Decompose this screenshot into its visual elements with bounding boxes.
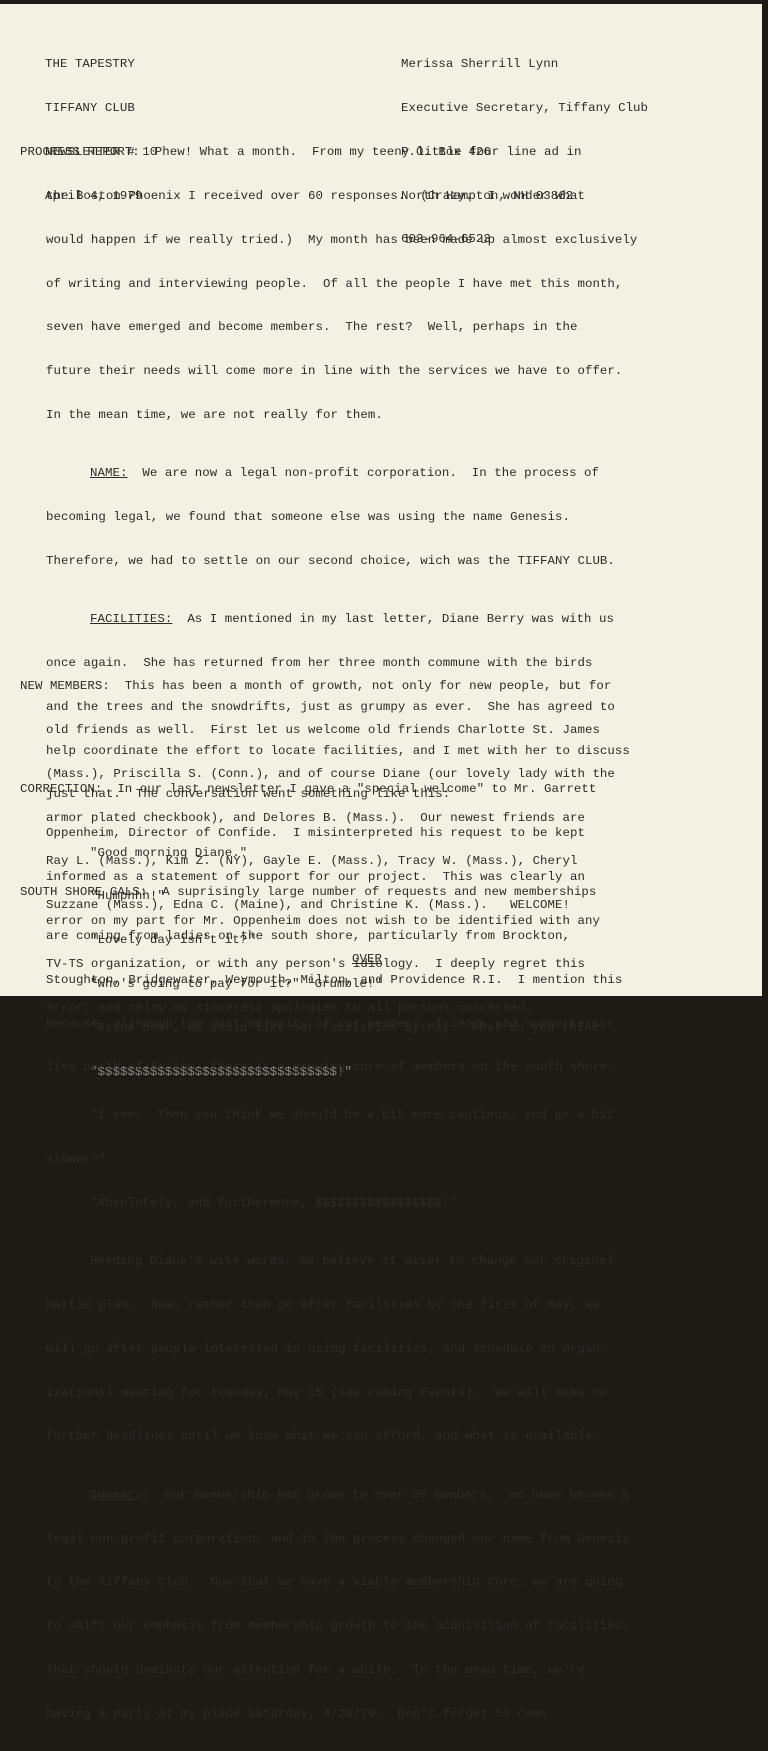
paragraph-line: Therefore, we had to settle on our secon…: [20, 554, 637, 569]
section-heading: NEW MEMBERS:: [20, 679, 110, 693]
section-heading: SOUTH SHORE GALS:: [20, 885, 147, 899]
paragraph-line: A suprisingly large number of requests a…: [147, 885, 596, 899]
south-shore-section: SOUTH SHORE GALS: A suprisingly large nu…: [20, 856, 622, 1000]
section-heading: PROGRESS REPORT:: [20, 145, 140, 159]
paragraph-line: of writing and interviewing people. Of a…: [20, 277, 637, 292]
paragraph-line: In the mean time, we are not really for …: [20, 408, 637, 423]
newsletter-page: THE TAPESTRY TIFFANY CLUB NEWSLETTER # 1…: [0, 4, 762, 996]
paragraph-line: becoming legal, we found that someone el…: [20, 510, 637, 525]
paragraph-line: We are now a legal non-profit corporatio…: [127, 466, 599, 480]
paragraph-line: In our last newsletter I gave a "special…: [102, 782, 596, 796]
sender-name: Merissa Sherrill Lynn: [401, 57, 648, 72]
publication-title: THE TAPESTRY: [45, 57, 157, 72]
over-page-indicator: OVER: [352, 952, 382, 967]
paragraph-line: Oppenheim, Director of Confide. I misint…: [20, 826, 600, 841]
sender-title: Executive Secretary, Tiffany Club: [401, 101, 648, 116]
paragraph-line: Stoughton, Bridgewater, Weymouth, Milton…: [20, 973, 622, 988]
paragraph-line: future their needs will come more in lin…: [20, 364, 637, 379]
section-heading: CORRECTION:: [20, 782, 102, 796]
subheading-name: NAME:: [90, 466, 127, 480]
paragraph-line: are coming from ladies on the south shor…: [20, 929, 622, 944]
paragraph-line: the Boston Phoenix I received over 60 re…: [20, 189, 637, 204]
paragraph-line: seven have emerged and become members. T…: [20, 320, 637, 335]
paragraph-line: Phew! What a month. From my teeny little…: [140, 145, 582, 159]
paragraph-line: This has been a month of growth, not onl…: [110, 679, 612, 693]
paragraph-line: would happen if we really tried.) My mon…: [20, 233, 637, 248]
scan-edge: [762, 0, 768, 1000]
paragraph-line: old friends as well. First let us welcom…: [20, 723, 615, 738]
paragraph-line: As I mentioned in my last letter, Diane …: [172, 612, 614, 626]
subheading-facilities: FACILITIES:: [90, 612, 172, 626]
club-name: TIFFANY CLUB: [45, 101, 157, 116]
